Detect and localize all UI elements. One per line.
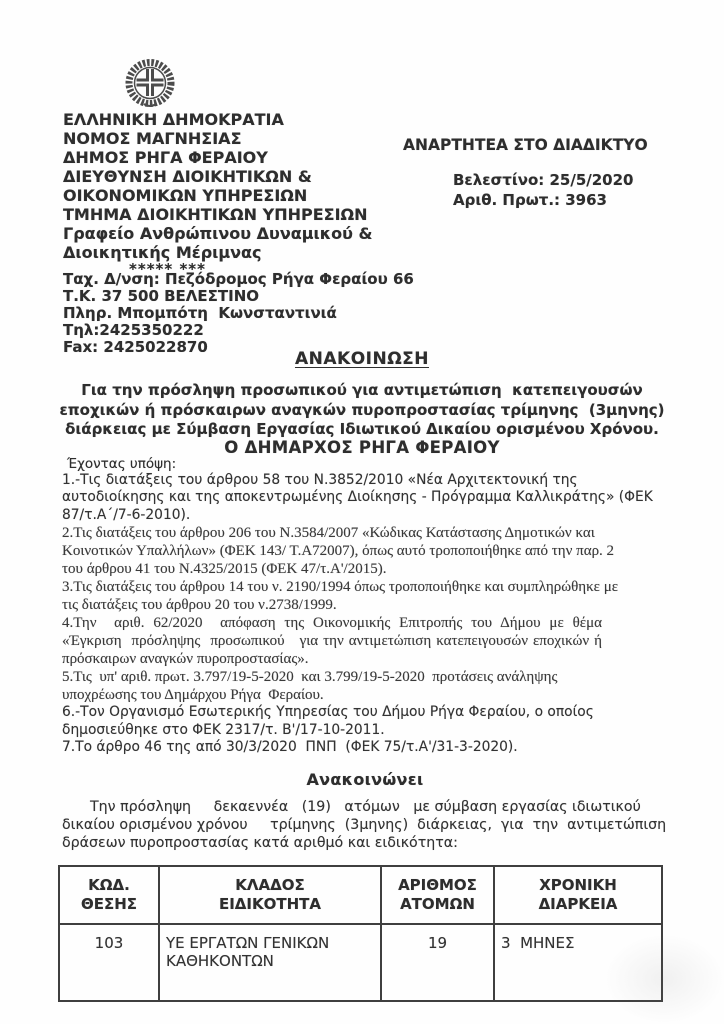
contact-block: Ταχ. Δ/νση: Πεζόδρομος Ρήγα Φεραίου 66 Τ…: [63, 271, 493, 356]
cell-number-of-persons: 19: [381, 924, 494, 1001]
scanned-document-page: ΕΛΛΗΝΙΚΗ ΔΗΜΟΚΡΑΤΙΑ ΝΟΜΟΣ ΜΑΓΝΗΣΙΑΣ ΔΗΜΟ…: [0, 0, 724, 1024]
table-row: 103 ΥΕ ΕΡΓΑΤΩΝ ΓΕΝΙΚΩΝ ΚΑΘΗΚΟΝΤΩΝ 19 3 Μ…: [59, 924, 662, 1001]
greek-coat-of-arms-icon: [116, 58, 184, 110]
sender-line: ΔΗΜΟΣ ΡΗΓΑ ΦΕΡΑΙΟΥ: [63, 148, 413, 167]
postal-code: Τ.Κ. 37 500 ΒΕΛΕΣΤΙΝΟ: [63, 288, 493, 305]
sender-line: ΟΙΚΟΝΟΜΙΚΩΝ ΥΠΗΡΕΣΙΩΝ: [63, 186, 413, 205]
legal-item-2: 2.Τις διατάξεις του άρθρου 206 του Ν.358…: [62, 524, 622, 578]
header-position-code: ΚΩΔ. ΘΕΣΗΣ: [59, 866, 159, 924]
legal-item-1: 1.-Τις διατάξεις του άρθρου 58 του Ν.385…: [62, 472, 668, 524]
scan-artifact: [604, 934, 724, 1024]
document-title: ΑΝΑΚΟΙΝΩΣΗ: [0, 349, 724, 369]
sender-line: Γραφείο Ανθρώπινου Δυναμικού &: [63, 224, 413, 243]
postal-address: Ταχ. Δ/νση: Πεζόδρομος Ρήγα Φεραίου 66: [63, 271, 493, 288]
legal-item-4: 4.Την αριθ. 62/2020 απόφαση της Οικονομι…: [62, 614, 602, 668]
sender-line: ΔΙΕΥΘΥΝΣΗ ΔΙΟΙΚΗΤΙΚΩΝ &: [63, 167, 413, 186]
announces-heading: Ανακοινώνει: [62, 770, 668, 789]
legal-item-7: 7.Το άρθρο 46 της από 30/3/2020 ΠΝΠ (ΦΕΚ…: [62, 739, 668, 756]
preamble: Έχοντας υπόψη:: [67, 456, 668, 472]
issuer-line: Ο ΔΗΜΑΡΧΟΣ ΡΗΓΑ ΦΕΡΑΙΟΥ: [0, 438, 724, 457]
announcement-paragraph: Την πρόσληψη δεκαεννέα (19) ατόμων με σύ…: [62, 799, 668, 852]
sender-line: ΕΛΛΗΝΙΚΗ ΔΗΜΟΚΡΑΤΙΑ: [63, 110, 413, 129]
positions-table: ΚΩΔ. ΘΕΣΗΣ ΚΛΑΔΟΣ ΕΙΔΙΚΟΤΗΤΑ ΑΡΙΘΜΟΣ ΑΤΟ…: [58, 865, 663, 1002]
document-body: Έχοντας υπόψη: 1.-Τις διατάξεις του άρθρ…: [62, 456, 668, 1002]
cell-position-code: 103: [59, 924, 159, 1001]
place-date: Βελεστίνο: 25/5/2020: [453, 171, 693, 189]
table-header-row: ΚΩΔ. ΘΕΣΗΣ ΚΛΑΔΟΣ ΕΙΔΙΚΟΤΗΤΑ ΑΡΙΘΜΟΣ ΑΤΟ…: [59, 866, 662, 924]
legal-item-3: 3.Τις διατάξεις του άρθρου 14 του ν. 219…: [62, 578, 622, 614]
document-subject: Για την πρόσληψη προσωπικού για αντιμετώ…: [52, 381, 672, 440]
legal-item-5: 5.Τις υπ' αριθ. πρωτ. 3.797/19-5-2020 κα…: [62, 668, 622, 704]
contact-person: Πληρ. Μπομπότη Κωνσταντινιά: [63, 305, 493, 322]
sender-line: ΤΜΗΜΑ ΔΙΟΙΚΗΤΙΚΩΝ ΥΠΗΡΕΣΙΩΝ: [63, 205, 413, 224]
protocol-number: Αριθ. Πρωτ.: 3963: [453, 191, 693, 209]
sender-block: ΕΛΛΗΝΙΚΗ ΔΗΜΟΚΡΑΤΙΑ ΝΟΜΟΣ ΜΑΓΝΗΣΙΑΣ ΔΗΜΟ…: [63, 110, 413, 276]
document-meta-block: ΑΝΑΡΤΗΤΕΑ ΣΤΟ ΔΙΑΔΙΚΤΥΟ Βελεστίνο: 25/5/…: [403, 136, 693, 209]
legal-item-6: 6.-Τον Οργανισμό Εσωτερικής Υπηρεσίας το…: [62, 704, 668, 739]
cell-branch-specialty: ΥΕ ΕΡΓΑΤΩΝ ΓΕΝΙΚΩΝ ΚΑΘΗΚΟΝΤΩΝ: [159, 924, 381, 1001]
header-duration: ΧΡΟΝΙΚΗ ΔΙΑΡΚΕΙΑ: [494, 866, 662, 924]
header-branch-specialty: ΚΛΑΔΟΣ ΕΙΔΙΚΟΤΗΤΑ: [159, 866, 381, 924]
web-posting-label: ΑΝΑΡΤΗΤΕΑ ΣΤΟ ΔΙΑΔΙΚΤΥΟ: [403, 136, 693, 154]
sender-line: ΝΟΜΟΣ ΜΑΓΝΗΣΙΑΣ: [63, 129, 413, 148]
phone-number: Τηλ:2425350222: [63, 322, 493, 339]
header-number-of-persons: ΑΡΙΘΜΟΣ ΑΤΟΜΩΝ: [381, 866, 494, 924]
sender-line: Διοικητικής Μέριμνας: [63, 243, 413, 262]
